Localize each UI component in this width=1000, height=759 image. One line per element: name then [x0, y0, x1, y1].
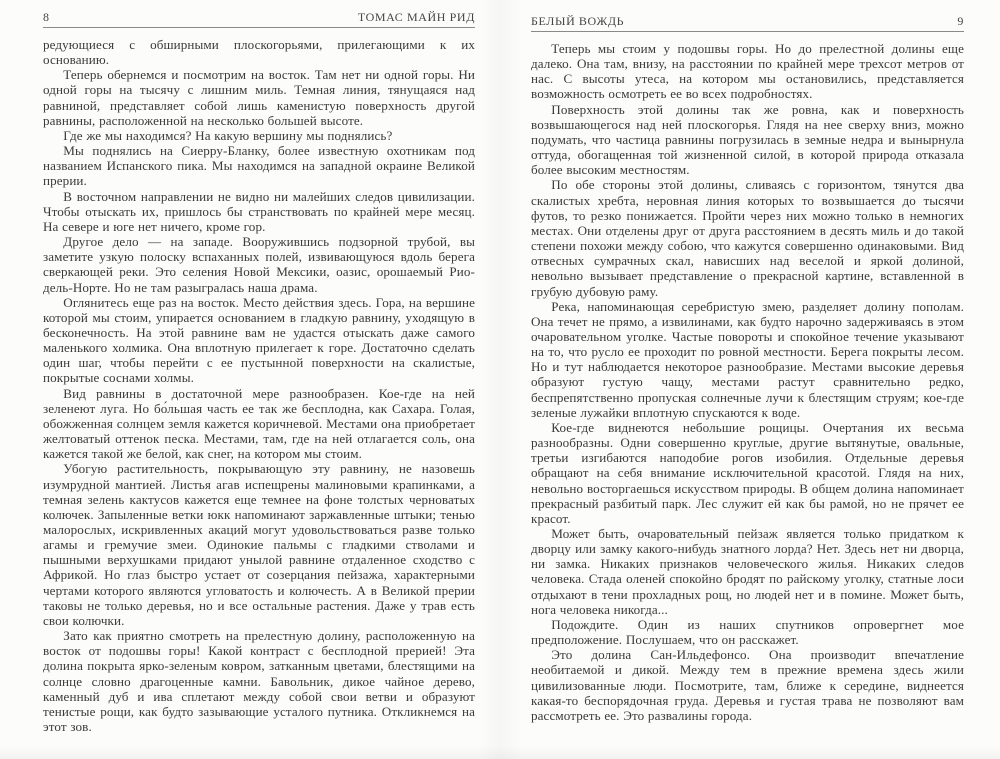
paragraph: Оглянитесь еще раз на восток. Место дейс… — [43, 295, 475, 386]
page-header-right: БЕЛЫЙ ВОЖДЬ 9 — [531, 14, 964, 30]
paragraph: В восточном направлении не видно ни мале… — [43, 189, 475, 234]
paragraph: Может быть, очаровательный пейзаж являет… — [531, 526, 964, 617]
paragraph: редующиеся с обширными плоскогорьями, пр… — [43, 37, 475, 67]
page-header-left: 8 ТОМАС МАЙН РИД — [43, 10, 475, 26]
paragraph: Поверхность этой долины так же ровна, ка… — [531, 102, 964, 178]
paragraph: Теперь обернемся и посмотрим на восток. … — [43, 67, 475, 128]
paragraph: Это долина Сан-Ильдефонсо. Она производи… — [531, 647, 964, 723]
paragraph: Теперь мы стоим у подошвы горы. Но до пр… — [531, 41, 964, 102]
paragraph: Другое дело — на западе. Вооружившись по… — [43, 234, 475, 295]
page-right: БЕЛЫЙ ВОЖДЬ 9 Теперь мы стоим у подошвы … — [531, 14, 964, 723]
running-title-left: ТОМАС МАЙН РИД — [358, 10, 475, 25]
page-left: 8 ТОМАС МАЙН РИД редующиеся с обширными … — [43, 10, 475, 734]
paragraph: Зато как приятно смотреть на прелестную … — [43, 628, 475, 734]
paragraph: Подождите. Один из наших спутников опров… — [531, 617, 964, 647]
paragraph: Мы поднялись на Сиерру-Бланку, более изв… — [43, 143, 475, 188]
running-title-right: БЕЛЫЙ ВОЖДЬ — [531, 14, 624, 29]
paragraph: Кое-где виднеются небольшие рощицы. Очер… — [531, 420, 964, 526]
paragraph: Где же мы находимся? На какую вершину мы… — [43, 128, 475, 143]
header-rule-left — [43, 27, 475, 28]
page-gutter-shadow — [478, 0, 522, 759]
paragraph: По обе стороны этой долины, сливаясь с г… — [531, 177, 964, 298]
page-body-right: Теперь мы стоим у подошвы горы. Но до пр… — [531, 41, 964, 723]
paragraph: Вид равнины в достаточной мере разнообра… — [43, 386, 475, 462]
book-spread: 8 ТОМАС МАЙН РИД редующиеся с обширными … — [0, 0, 1000, 759]
paragraph: Убогую растительность, покрывающую эту р… — [43, 461, 475, 628]
page-body-left: редующиеся с обширными плоскогорьями, пр… — [43, 37, 475, 734]
page-number-left: 8 — [43, 10, 50, 25]
paragraph: Река, напоминающая серебристую змею, раз… — [531, 299, 964, 420]
page-number-right: 9 — [957, 14, 964, 29]
page-bottom-edge-shadow — [0, 745, 1000, 759]
header-rule-right — [531, 31, 964, 32]
